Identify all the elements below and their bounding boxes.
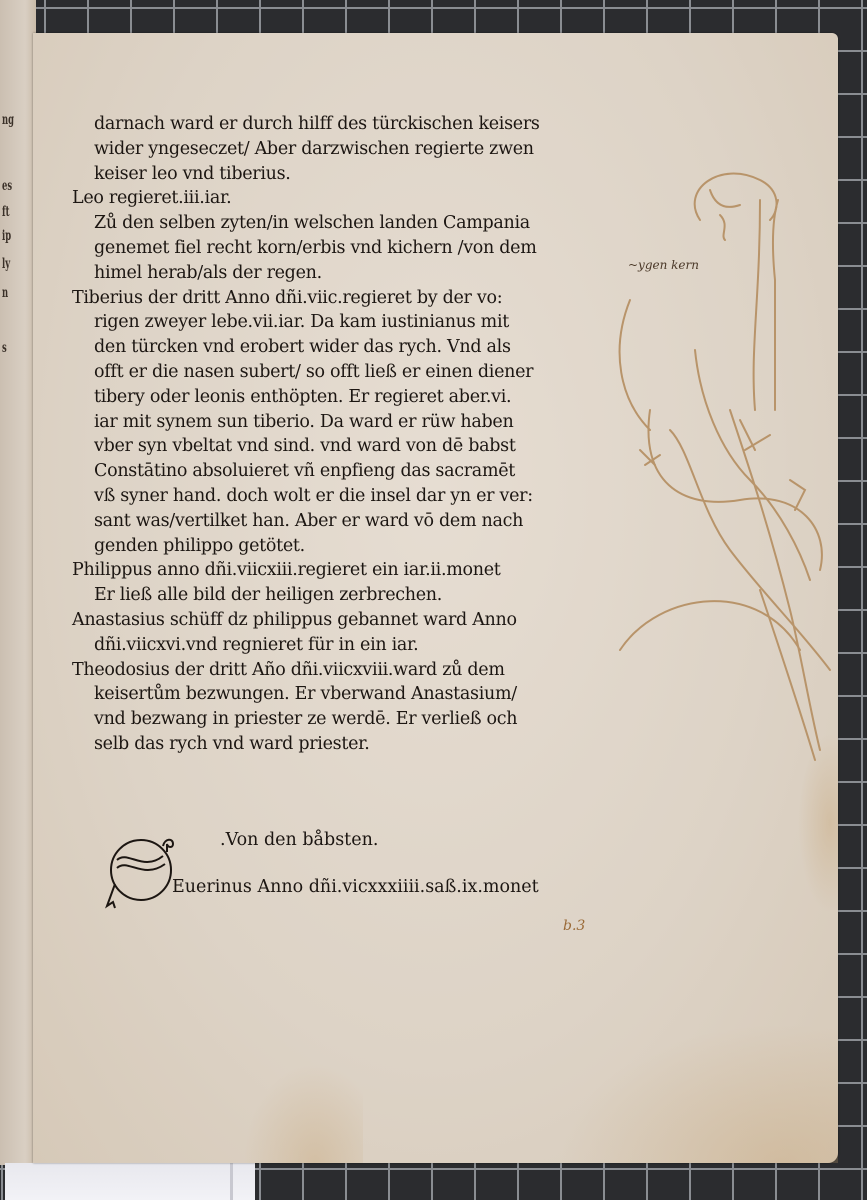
text-line: keisertům bezwungen. Er vberwand Anastas…: [94, 682, 614, 707]
text-line: sant was/vertilket han. Aber er ward vō …: [94, 509, 614, 534]
text-line: vber syn vbeltat vnd sind. vnd ward von …: [94, 434, 614, 459]
first-entry-line: Euerinus Anno dñi.vicxxxiiii.saß.ix.mone…: [172, 875, 620, 900]
water-stain: [558, 1023, 838, 1163]
paper-tab-marker: [5, 1163, 255, 1200]
text-line: Er ließ alle bild der heiligen zerbreche…: [94, 583, 614, 608]
entry-heading-line: Anastasius schüff dz philippus gebannet …: [72, 608, 614, 633]
prev-page-fragment: s: [2, 340, 7, 356]
entry-heading-line: Philippus anno dñi.viicxiii.regieret ein…: [72, 558, 614, 583]
water-stain: [243, 1063, 363, 1163]
text-line: himel herab/als der regen.: [94, 261, 614, 286]
prev-page-fragment: ft: [2, 204, 10, 220]
folio-signature: b.3: [563, 918, 585, 934]
section-heading: .Von den båbsten.: [220, 828, 620, 853]
text-line: genemet fiel recht korn/erbis vnd kicher…: [94, 236, 614, 261]
prev-page-fragment: ly: [2, 256, 10, 272]
text-line: Constātino absoluieret vñ enpfieng das s…: [94, 459, 614, 484]
text-line: vß syner hand. doch wolt er die insel da…: [94, 484, 614, 509]
entry-heading-line: Theodosius der dritt Año dñi.viicxviii.w…: [72, 658, 614, 683]
prev-page-fragment: ng: [2, 112, 14, 128]
text-line: keiser leo vnd tiberius.: [94, 162, 614, 187]
prev-page-fragment: n: [2, 285, 8, 301]
text-line: vnd bezwang in priester ze werdē. Er ver…: [94, 707, 614, 732]
text-line: iar mit synem sun tiberio. Da ward er rü…: [94, 410, 614, 435]
text-line: rigen zweyer lebe.vii.iar. Da kam iustin…: [94, 310, 614, 335]
previous-page-edge: ng es ft ip ly n s: [0, 0, 36, 1165]
prev-page-fragment: es: [2, 178, 12, 194]
entry-heading-line: Tiberius der dritt Anno dñi.viic.regiere…: [72, 286, 614, 311]
main-text-block: darnach ward er durch hilff des türckisc…: [94, 112, 614, 757]
text-line: genden philippo getötet.: [94, 534, 614, 559]
text-line: Zů den selben zyten/in welschen landen C…: [94, 211, 614, 236]
section-block: .Von den båbsten. Euerinus Anno dñi.vicx…: [100, 828, 620, 900]
text-line: selb das rych vnd ward priester.: [94, 732, 614, 757]
text-line: dñi.viicxvi.vnd regnieret für in ein iar…: [94, 633, 614, 658]
text-line: offt er die nasen subert/ so offt ließ e…: [94, 360, 614, 385]
text-line: darnach ward er durch hilff des türckisc…: [94, 112, 614, 137]
entry-heading-line: Leo regieret.iii.iar.: [72, 186, 614, 211]
marginal-note: ~ygen kern: [628, 258, 699, 272]
text-line: wider yngeseczet/ Aber darzwischen regie…: [94, 137, 614, 162]
text-line: tibery oder leonis enthöpten. Er regiere…: [94, 385, 614, 410]
prev-page-fragment: ip: [2, 228, 11, 244]
text-line: den türcken vnd erobert wider das rych. …: [94, 335, 614, 360]
marginal-drawing-icon: [600, 150, 840, 850]
